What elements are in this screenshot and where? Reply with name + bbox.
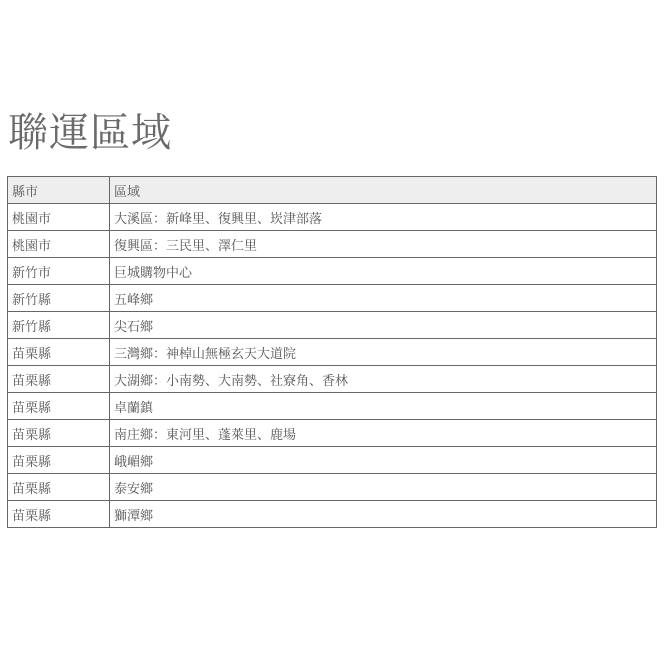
table-row: 新竹縣 尖石鄉 bbox=[8, 312, 657, 339]
cell-city: 桃園市 bbox=[8, 204, 110, 231]
table-header-row: 縣市 區域 bbox=[8, 177, 657, 204]
cell-city: 新竹縣 bbox=[8, 285, 110, 312]
cell-area: 復興區：三民里、澤仁里 bbox=[110, 231, 657, 258]
cell-area: 峨嵋鄉 bbox=[110, 447, 657, 474]
cell-city: 苗栗縣 bbox=[8, 447, 110, 474]
cell-city: 苗栗縣 bbox=[8, 420, 110, 447]
table-row: 苗栗縣 大湖鄉：小南勢、大南勢、社寮角、香林 bbox=[8, 366, 657, 393]
table-row: 苗栗縣 卓蘭鎮 bbox=[8, 393, 657, 420]
cell-area: 卓蘭鎮 bbox=[110, 393, 657, 420]
cell-area: 南庄鄉：東河里、蓬萊里、鹿場 bbox=[110, 420, 657, 447]
column-header-city: 縣市 bbox=[8, 177, 110, 204]
cell-city: 桃園市 bbox=[8, 231, 110, 258]
cell-city: 苗栗縣 bbox=[8, 339, 110, 366]
cell-city: 苗栗縣 bbox=[8, 474, 110, 501]
table-row: 桃園市 復興區：三民里、澤仁里 bbox=[8, 231, 657, 258]
cell-area: 五峰鄉 bbox=[110, 285, 657, 312]
cell-area: 獅潭鄉 bbox=[110, 501, 657, 528]
cell-area: 泰安鄉 bbox=[110, 474, 657, 501]
table-row: 苗栗縣 獅潭鄉 bbox=[8, 501, 657, 528]
cell-area: 尖石鄉 bbox=[110, 312, 657, 339]
page-title: 聯運區域 bbox=[8, 108, 172, 158]
page: 聯運區域 縣市 區域 桃園市 大溪區：新峰里、復興里、崁津部落 桃園市 復興區：… bbox=[0, 0, 668, 668]
cell-city: 苗栗縣 bbox=[8, 366, 110, 393]
regions-table: 縣市 區域 桃園市 大溪區：新峰里、復興里、崁津部落 桃園市 復興區：三民里、澤… bbox=[7, 176, 657, 528]
table-row: 桃園市 大溪區：新峰里、復興里、崁津部落 bbox=[8, 204, 657, 231]
table-row: 新竹市 巨城購物中心 bbox=[8, 258, 657, 285]
table-row: 苗栗縣 南庄鄉：東河里、蓬萊里、鹿場 bbox=[8, 420, 657, 447]
cell-area: 大湖鄉：小南勢、大南勢、社寮角、香林 bbox=[110, 366, 657, 393]
cell-area: 巨城購物中心 bbox=[110, 258, 657, 285]
table-row: 苗栗縣 泰安鄉 bbox=[8, 474, 657, 501]
cell-city: 苗栗縣 bbox=[8, 393, 110, 420]
cell-city: 新竹市 bbox=[8, 258, 110, 285]
table-row: 苗栗縣 峨嵋鄉 bbox=[8, 447, 657, 474]
cell-area: 三灣鄉：神棹山無極玄天大道院 bbox=[110, 339, 657, 366]
cell-area: 大溪區：新峰里、復興里、崁津部落 bbox=[110, 204, 657, 231]
cell-city: 新竹縣 bbox=[8, 312, 110, 339]
table-row: 新竹縣 五峰鄉 bbox=[8, 285, 657, 312]
table-row: 苗栗縣 三灣鄉：神棹山無極玄天大道院 bbox=[8, 339, 657, 366]
cell-city: 苗栗縣 bbox=[8, 501, 110, 528]
column-header-area: 區域 bbox=[110, 177, 657, 204]
